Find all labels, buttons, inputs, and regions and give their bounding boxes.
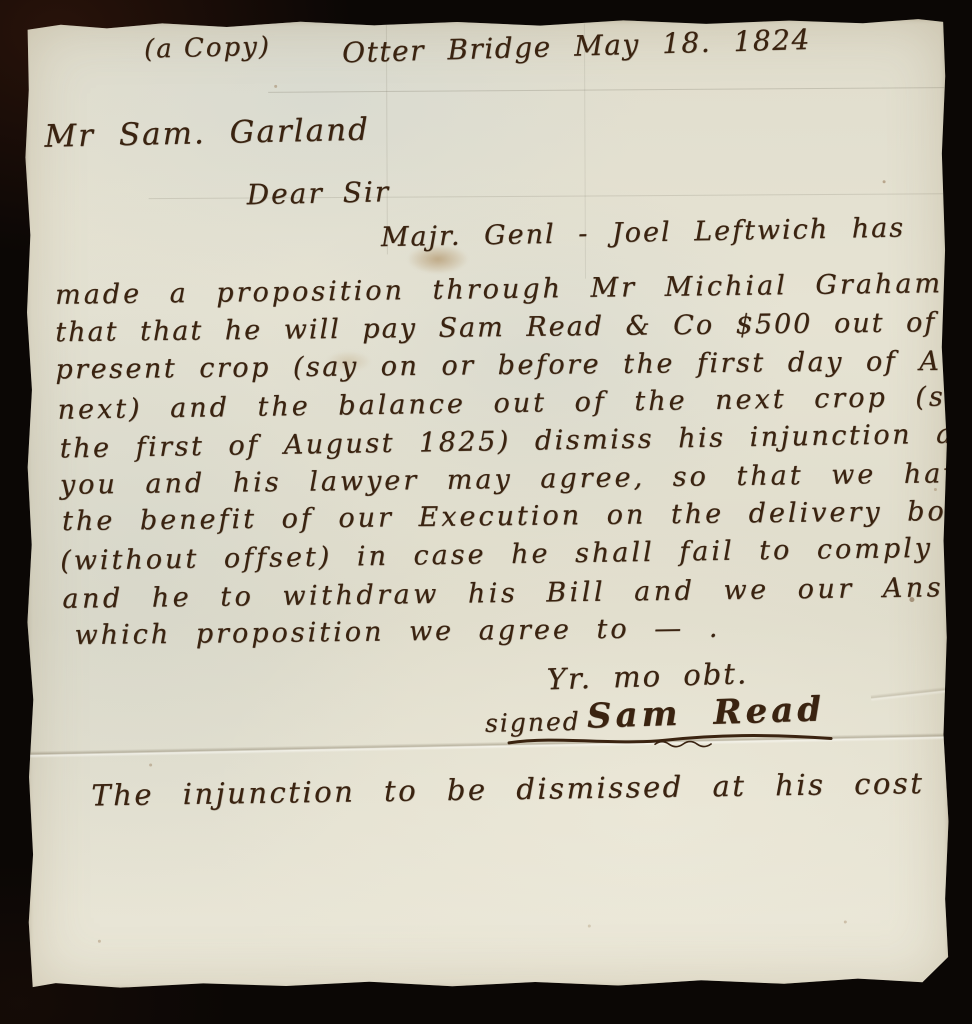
body-line: and he to withdraw his Bill and we our A… <box>62 572 970 615</box>
closing-line: Yr. mo obt. <box>546 656 748 696</box>
photo-background: (a Copy) Otter Bridge May 18. 1824 Mr Sa… <box>0 0 972 1024</box>
body-line: Majr. Genl - Joel Leftwich has <box>381 213 906 254</box>
body-line: which proposition we agree to — . <box>74 613 720 651</box>
body-line: the benefit of our Execution on the deli… <box>62 496 972 537</box>
paper-specks <box>24 22 27 25</box>
body-line: you and his lawyer may agree, so that we… <box>60 458 972 501</box>
body-line: next) and the balance out of the next cr… <box>57 381 972 426</box>
body-line: that that he will pay Sam Read & Co $500… <box>55 306 972 348</box>
body-line: (without offset) in case he shall fail t… <box>60 532 972 577</box>
ruled-line-top <box>268 87 944 93</box>
signature: Sam Read <box>586 689 825 736</box>
postscript: The injunction to be dismissed at his co… <box>91 765 972 812</box>
copy-note: (a Copy) <box>144 32 272 65</box>
fold-crease-edge <box>871 685 957 701</box>
dateline: Otter Bridge May 18. 1824 <box>342 23 812 69</box>
letter-paper: (a Copy) Otter Bridge May 18. 1824 Mr Sa… <box>24 18 950 990</box>
body-line: the first of August 1825) dismiss his in… <box>60 418 972 464</box>
signature-underline <box>505 730 835 749</box>
salutation: Dear Sir <box>246 175 390 211</box>
body-line: made a proposition through Mr Michial Gr… <box>55 268 955 311</box>
body-line: present crop (say on or before the first… <box>55 345 972 385</box>
recipient-line: Mr Sam. Garland <box>44 112 370 155</box>
